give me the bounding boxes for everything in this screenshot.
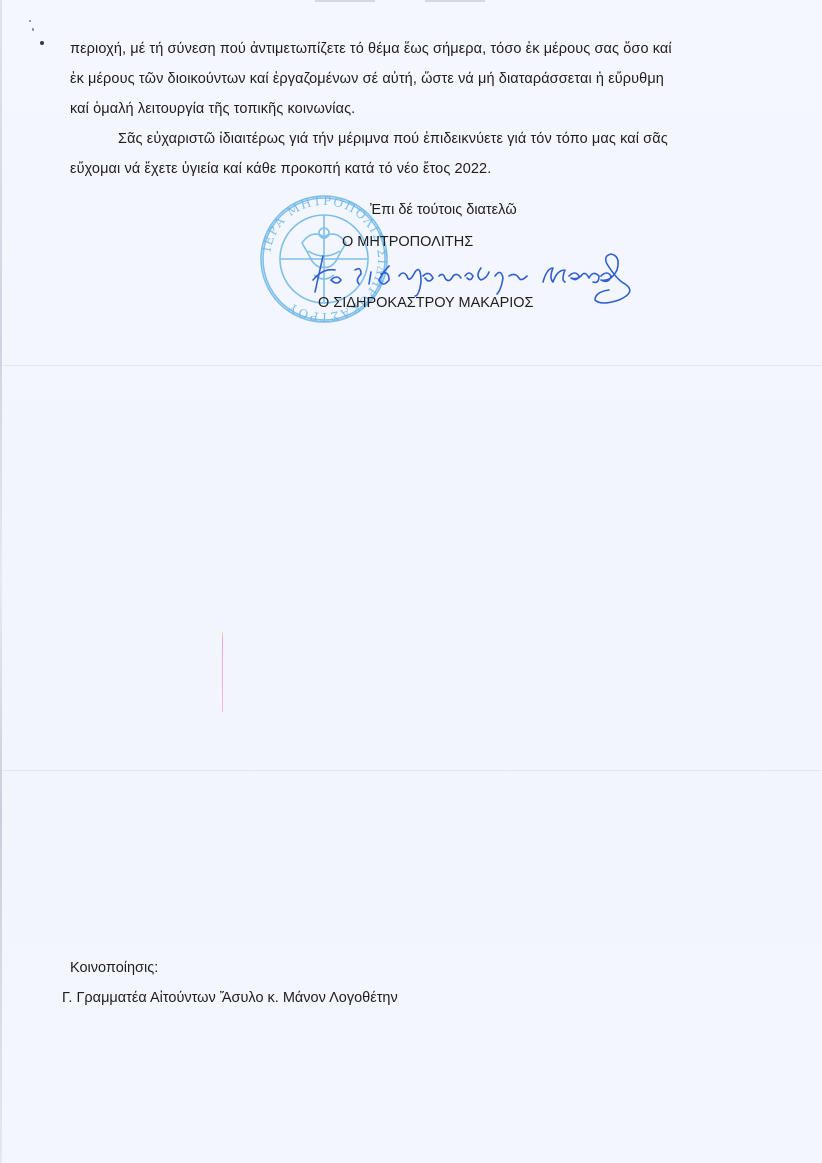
- scan-smudge: [425, 0, 485, 2]
- body-line: περιοχή, μέ τή σύνεση πού ἀντιμετωπίζετε…: [70, 37, 672, 61]
- fold-line: [0, 365, 822, 366]
- body-line: καί ὁμαλή λειτουργία τῆς τοπικῆς κοινωνί…: [70, 97, 355, 121]
- cc-label: Κοινοποίησις:: [70, 960, 158, 976]
- body-line: εὔχομαι νά ἔχετε ὑγιεία καί κάθε προκοπή…: [70, 157, 491, 181]
- body-line: ἐκ μέρους τῶν διοικούντων καί ἐργαζομένω…: [70, 67, 664, 91]
- scan-speck: [29, 20, 31, 22]
- signoff-name: Ο ΣΙΔΗΡΟΚΑΣΤΡΟΥ ΜΑΚΑΡΙΟΣ: [318, 295, 534, 311]
- pen-mark: [222, 632, 223, 712]
- signoff-greeting: Ἐπι δέ τούτοις διατελῶ: [370, 202, 517, 218]
- scan-edge: [0, 0, 2, 1163]
- cc-recipient: Γ. Γραμματέα Αἰτούντων Ἄσυλο κ. Μάνον Λο…: [62, 990, 398, 1006]
- scanned-page: περιοχή, μέ τή σύνεση πού ἀντιμετωπίζετε…: [0, 0, 822, 1163]
- body-line: Σᾶς εὐχαριστῶ ἰδιαιτέρως γιά τήν μέριμνα…: [118, 127, 668, 151]
- scan-speck: [40, 41, 44, 45]
- fold-line: [0, 770, 822, 771]
- scan-speck: [32, 28, 34, 31]
- scan-smudge: [315, 0, 375, 2]
